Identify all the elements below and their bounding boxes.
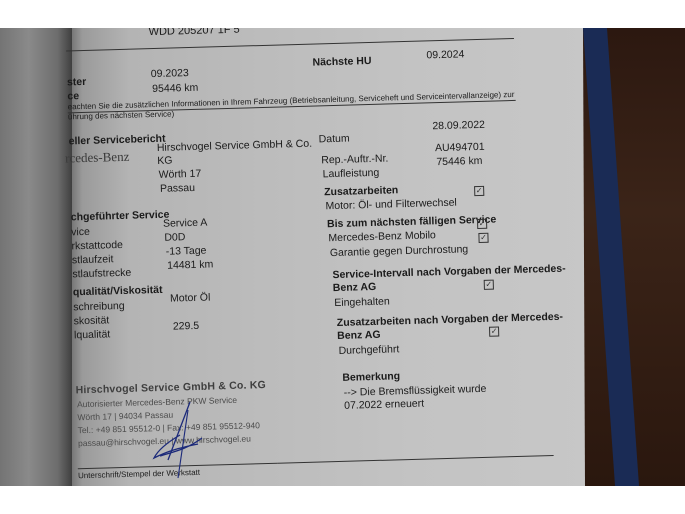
service-type-value: Service A bbox=[163, 217, 208, 230]
rust-warranty-checkbox: ✓ bbox=[478, 233, 488, 243]
next-service-date: 09.2023 bbox=[151, 67, 189, 80]
document-photo: WDD 205207 1F 5 ster ce 09.2023 95446 km… bbox=[0, 28, 685, 486]
mobilo-label: Mercedes-Benz Mobilo bbox=[328, 229, 436, 244]
service-report-sheet: WDD 205207 1F 5 ster ce 09.2023 95446 km… bbox=[0, 28, 588, 486]
additional-work-item: Motor: Öl- und Filterwechsel bbox=[325, 197, 457, 213]
stamp-title: Hirschvogel Service GmbH & Co. KG bbox=[75, 379, 266, 396]
oil-description-label: schreibung bbox=[73, 300, 125, 313]
order-number-value: AU494701 bbox=[435, 141, 485, 154]
remaining-time-value: -13 Tage bbox=[166, 245, 207, 258]
mb-additional-work-heading-line2: Benz AG bbox=[337, 329, 381, 342]
oil-viscosity-label: skosität bbox=[74, 314, 110, 327]
service-type-label: vice bbox=[71, 226, 90, 239]
mileage-label: Laufleistung bbox=[323, 167, 380, 181]
workshop-name-line1: Hirschvogel Service GmbH & Co. bbox=[157, 138, 312, 154]
mb-additional-work-heading-line1: Zusatzarbeiten nach Vorgaben der Mercede… bbox=[337, 311, 563, 329]
oil-description-value: Motor Öl bbox=[170, 292, 211, 305]
until-next-service-heading: Bis zum nächsten fälligen Service bbox=[327, 214, 497, 231]
rust-warranty-label: Garantie gegen Durchrostung bbox=[330, 243, 469, 259]
interval-heading-line2: Benz AG bbox=[333, 281, 377, 294]
next-service-distance: 95446 km bbox=[152, 82, 198, 95]
interval-item: Eingehalten bbox=[334, 296, 390, 310]
report-heading: eller Servicebericht bbox=[68, 133, 165, 148]
mobilo-checkbox: ✓ bbox=[477, 219, 487, 229]
performed-service-heading: chgeführter Service bbox=[71, 209, 170, 224]
remark-line2: 07.2022 erneuert bbox=[344, 398, 424, 412]
date-value: 28.09.2022 bbox=[432, 119, 485, 132]
next-hu-date: 09.2024 bbox=[426, 48, 464, 61]
remark-heading: Bemerkung bbox=[342, 370, 400, 384]
mercedes-benz-logo: rcedes-Benz bbox=[65, 149, 130, 167]
next-hu-label: Nächste HU bbox=[312, 55, 371, 69]
workshop-code-label: rkstattcode bbox=[71, 239, 123, 252]
service-report-content: WDD 205207 1F 5 ster ce 09.2023 95446 km… bbox=[0, 28, 594, 486]
remaining-distance-value: 14481 km bbox=[167, 258, 213, 271]
mb-additional-work-item: Durchgeführt bbox=[338, 343, 399, 357]
oil-quality-value: 229.5 bbox=[173, 320, 200, 333]
remark-line1: --> Die Bremsflüssigkeit wurde bbox=[344, 383, 487, 399]
oil-quality-label: lqualität bbox=[74, 328, 111, 341]
next-service-note-line1: eachten Sie die zusätzlichen Information… bbox=[68, 90, 515, 111]
oil-heading: qualität/Viskosität bbox=[73, 284, 163, 298]
workshop-city: Passau bbox=[160, 182, 195, 195]
additional-work-heading: Zusatzarbeiten bbox=[324, 184, 398, 198]
workshop-street: Wörth 17 bbox=[158, 168, 201, 181]
interval-heading-line1: Service-Intervall nach Vorgaben der Merc… bbox=[332, 263, 565, 282]
next-service-distance-label: ce bbox=[67, 90, 79, 102]
date-label: Datum bbox=[319, 133, 350, 146]
additional-work-checkbox: ✓ bbox=[474, 186, 484, 196]
next-service-date-label: ster bbox=[67, 76, 87, 89]
mileage-value: 75446 km bbox=[436, 155, 482, 168]
order-number-label: Rep.-Auftr.-Nr. bbox=[321, 152, 388, 166]
remaining-distance-label: stlaufstrecke bbox=[72, 267, 131, 281]
vin-partial: WDD 205207 1F 5 bbox=[148, 28, 239, 38]
workshop-code-value: D0D bbox=[164, 231, 185, 244]
interval-checkbox: ✓ bbox=[484, 280, 494, 290]
workshop-name-line2: KG bbox=[157, 155, 173, 167]
divider bbox=[278, 455, 554, 464]
signature-scribble bbox=[150, 400, 220, 480]
remaining-time-label: stlaufzeit bbox=[72, 253, 114, 266]
mb-additional-work-checkbox: ✓ bbox=[489, 326, 499, 336]
